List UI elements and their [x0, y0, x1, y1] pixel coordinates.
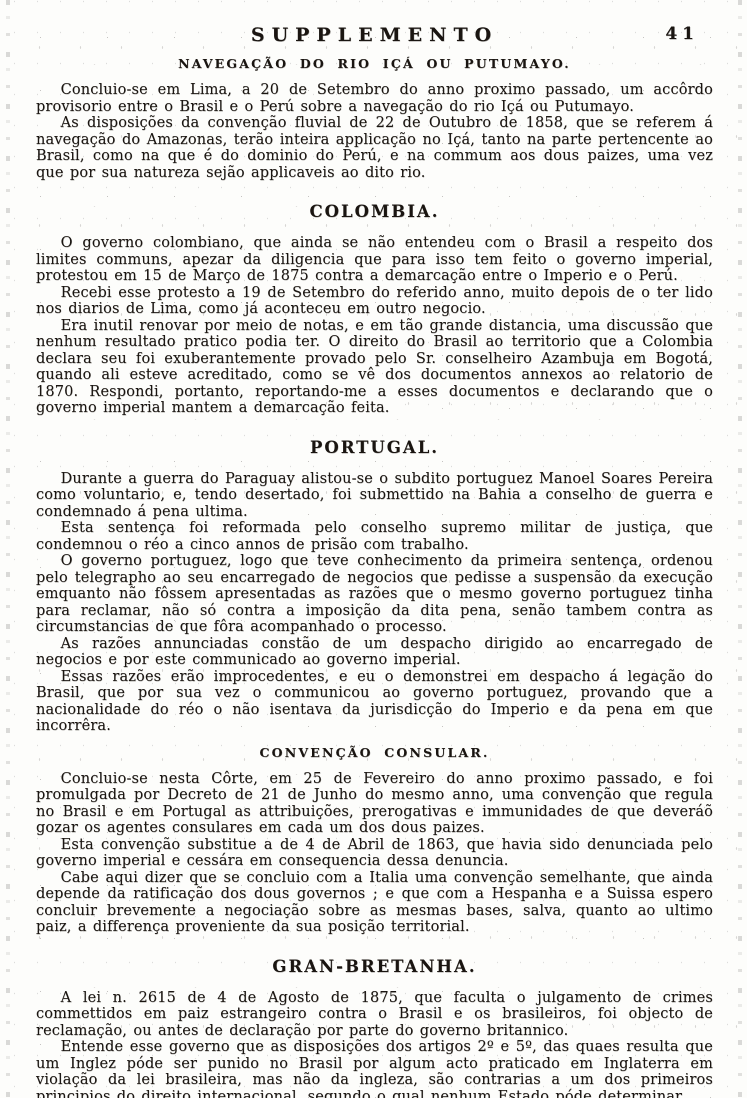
paragraph: Cabe aqui dizer que se concluio com a It… — [36, 870, 713, 936]
section-heading: COLOMBIA. — [36, 202, 713, 221]
paragraph: Essas razões erão improcedentes, e eu o … — [36, 669, 713, 735]
section-heading: PORTUGAL. — [36, 438, 713, 457]
paragraph: Era inutil renovar por meio de notas, e … — [36, 318, 713, 417]
section-heading: CONVENÇÃO CONSULAR. — [36, 745, 713, 760]
paragraph: Recebi esse protesto a 19 de Setembro do… — [36, 285, 713, 318]
scan-edge-noise-left — [6, 0, 10, 1098]
sections-container: NAVEGAÇÃO DO RIO IÇÁ OU PUTUMAYO.Conclui… — [36, 56, 713, 1098]
paragraph: As razões annunciadas constão de um desp… — [36, 636, 713, 669]
page-number: 41 — [665, 24, 699, 44]
page-header: SUPPLEMENTO 41 — [36, 24, 713, 46]
scanned-document-page: SUPPLEMENTO 41 NAVEGAÇÃO DO RIO IÇÁ OU P… — [0, 0, 747, 1098]
document-section: CONVENÇÃO CONSULAR.Concluio-se nesta Côr… — [36, 745, 713, 936]
paragraph: A lei n. 2615 de 4 de Agosto de 1875, qu… — [36, 990, 713, 1040]
document-section: GRAN-BRETANHA.A lei n. 2615 de 4 de Agos… — [36, 957, 713, 1098]
paragraph: Durante a guerra do Paraguay alistou-se … — [36, 471, 713, 521]
paragraph: O governo portuguez, logo que teve conhe… — [36, 553, 713, 636]
document-title: SUPPLEMENTO — [251, 24, 498, 46]
section-heading: GRAN-BRETANHA. — [36, 957, 713, 976]
paragraph: Esta convenção substitue a de 4 de Abril… — [36, 837, 713, 870]
paragraph: As disposições da convenção fluvial de 2… — [36, 115, 713, 181]
document-section: COLOMBIA.O governo colombiano, que ainda… — [36, 202, 713, 417]
paragraph: O governo colombiano, que ainda se não e… — [36, 235, 713, 285]
section-heading: NAVEGAÇÃO DO RIO IÇÁ OU PUTUMAYO. — [36, 56, 713, 71]
paragraph: Entende esse governo que as disposições … — [36, 1039, 713, 1098]
document-section: PORTUGAL.Durante a guerra do Paraguay al… — [36, 438, 713, 735]
document-section: NAVEGAÇÃO DO RIO IÇÁ OU PUTUMAYO.Conclui… — [36, 56, 713, 181]
paragraph: Concluio-se nesta Côrte, em 25 de Fevere… — [36, 771, 713, 837]
paragraph: Esta sentença foi reformada pelo conselh… — [36, 520, 713, 553]
scan-edge-noise-right — [738, 0, 742, 1098]
paragraph: Concluio-se em Lima, a 20 de Setembro do… — [36, 82, 713, 115]
